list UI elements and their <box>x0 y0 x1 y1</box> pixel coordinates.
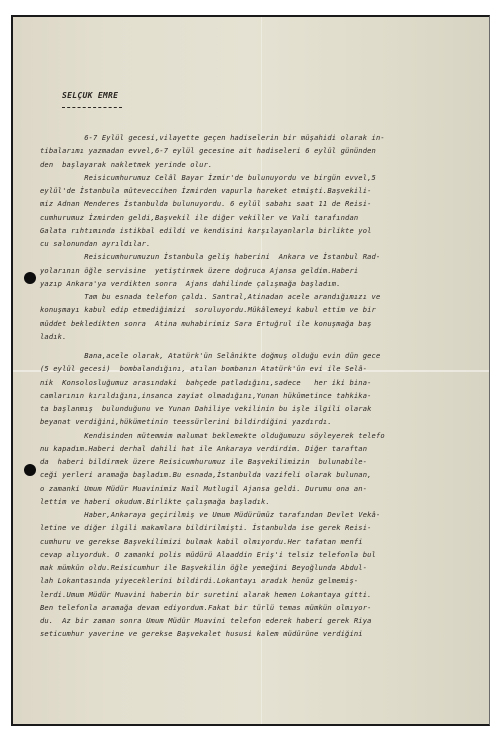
text-line: Ben telefonla aramağa devam ediyordum.Fa… <box>40 601 486 614</box>
text-line: (5 eylül gecesi) bombalandığını, atılan … <box>40 362 486 375</box>
text-line: ta başlanmış bulunduğunu ve Yunan Dahili… <box>40 402 486 415</box>
text-line: Tam bu esnada telefon çaldı. Santral,Ati… <box>40 290 486 303</box>
text-line: miz Adnan Menderes İstanbulda bulunuyord… <box>40 197 486 210</box>
text-line: ladık. <box>40 330 486 343</box>
text-line: müddet bekledikten sonra Atina muhabirim… <box>40 317 486 330</box>
text-line: eylül'de İstanbula müteveccihen İzmirden… <box>40 184 486 197</box>
paragraph: Bana,acele olarak, Atatürk'ün Selânikte … <box>40 349 486 429</box>
text-line: cu salonundan ayrıldılar. <box>40 237 486 250</box>
typewritten-page: SELÇUK EMRE 6-7 Eylül gecesi,vilayette g… <box>11 15 490 726</box>
text-line: camlarının kırıldığını,insanca zayiat ol… <box>40 389 486 402</box>
text-line: lah Lokantasında yiyeceklerini bildirdi.… <box>40 574 486 587</box>
text-line: den başlayarak nakletmek yerinde olur. <box>40 158 486 171</box>
text-line: cumhuru ve gerekse Başvekilimizi bulmak … <box>40 535 486 548</box>
paragraph: Kendisinden mütemmim malumat beklemekte … <box>40 429 486 509</box>
text-line: 6-7 Eylül gecesi,vilayette geçen hadisel… <box>40 131 486 144</box>
author-heading: SELÇUK EMRE <box>62 91 118 100</box>
text-line: cevap alıyorduk. O zamanki polis müdürü … <box>40 548 486 561</box>
text-line: lettim ve haberi okudum.Birlikte çalışma… <box>40 495 486 508</box>
paragraph: Haber,Ankaraya geçirilmiş ve Umum Müdürü… <box>40 508 486 641</box>
text-line: Haber,Ankaraya geçirilmiş ve Umum Müdürü… <box>40 508 486 521</box>
author-underline <box>62 107 122 108</box>
text-line: o zamanki Umum Müdür Muavinimiz Nail Mut… <box>40 482 486 495</box>
text-line: cumhurumuz İzmirden geldi,Başvekil ile d… <box>40 211 486 224</box>
paragraph: Reisicumhurumuzun İstanbula geliş haberi… <box>40 250 486 290</box>
text-line: du. Az bir zaman sonra Umum Müdür Muavin… <box>40 614 486 627</box>
text-line: yazıp Ankara'ya verdikten sonra Ajans da… <box>40 277 486 290</box>
punch-hole-icon <box>24 272 36 284</box>
text-line: Reisicumhurumuzun İstanbula geliş haberi… <box>40 250 486 263</box>
text-line: konuşmayı kabul edip etmediğimizi sorulu… <box>40 303 486 316</box>
text-line: mak mümkün oldu.Reisicumhur ile Başvekil… <box>40 561 486 574</box>
text-line: ceği yerleri aramağa başladım.Bu esnada,… <box>40 468 486 481</box>
text-line: nik Konsolosluğumuz arasındaki bahçede p… <box>40 376 486 389</box>
text-line: letine ve diğer ilgili makamlara bildiri… <box>40 521 486 534</box>
text-line: da haberi bildirmek üzere Reisicumhurumu… <box>40 455 486 468</box>
text-line: Reisicumhurumuz Celâl Bayar İzmir'de bul… <box>40 171 486 184</box>
text-line: seticumhur yaverine ve gerekse Başvekale… <box>40 627 486 640</box>
text-line: Bana,acele olarak, Atatürk'ün Selânikte … <box>40 349 486 362</box>
text-line: Kendisinden mütemmim malumat beklemekte … <box>40 429 486 442</box>
text-line: Galata rıhtımında istikbal edildi ve ken… <box>40 224 486 237</box>
document-body: 6-7 Eylül gecesi,vilayette geçen hadisel… <box>40 131 486 641</box>
text-line: nu kapadım.Haberi derhal dahili hat ile … <box>40 442 486 455</box>
paragraph: 6-7 Eylül gecesi,vilayette geçen hadisel… <box>40 131 486 171</box>
paragraph: Tam bu esnada telefon çaldı. Santral,Ati… <box>40 290 486 343</box>
paragraph: Reisicumhurumuz Celâl Bayar İzmir'de bul… <box>40 171 486 251</box>
text-line: tibalarımı yazmadan evvel,6-7 eylül gece… <box>40 144 486 157</box>
text-line: lerdi.Umum Müdür Muavini haberin bir sur… <box>40 588 486 601</box>
punch-hole-icon <box>24 464 36 476</box>
text-line: yolarının öğle servisine yetiştirmek üze… <box>40 264 486 277</box>
text-line: beyanat verdiğini,hükümetinin teessürler… <box>40 415 486 428</box>
